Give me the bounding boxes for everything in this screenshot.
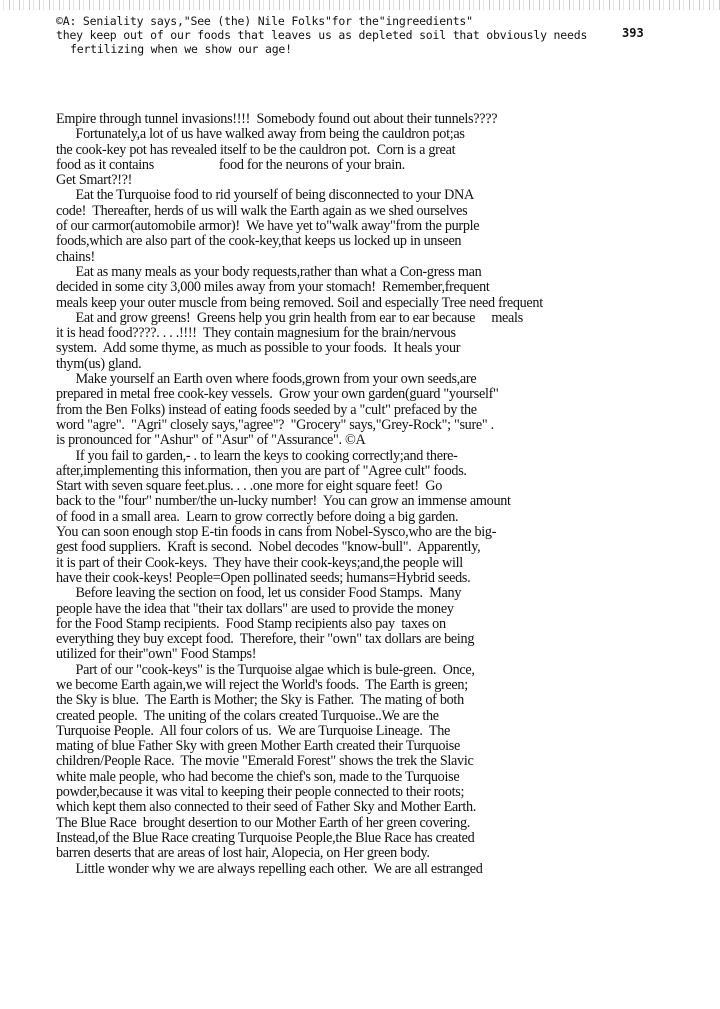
text-line: system. Add some thyme, as much as possi… [56,341,716,356]
text-line: meals keep your outer muscle from being … [56,296,716,311]
text-line: Make yourself an Earth oven where foods,… [56,372,716,387]
text-line: it is part of their Cook-keys. They have… [56,556,716,571]
text-line: it is head food????. . . .!!!! They cont… [56,326,716,341]
header-line: they keep out of our foods that leaves u… [56,28,706,42]
text-line: Start with seven square feet.plus. . . .… [56,479,716,494]
text-line: powder,because it was vital to keeping t… [56,785,716,800]
text-line: is pronounced for "Ashur" of "Asur" of "… [56,433,716,448]
text-line: mating of blue Father Sky with green Mot… [56,739,716,754]
text-line: have their cook-keys! People=Open pollin… [56,571,716,586]
text-line: The Blue Race brought desertion to our M… [56,816,716,831]
scan-noise-strip [0,0,720,10]
text-line: Get Smart?!?! [56,173,716,188]
document-body: Empire through tunnel invasions!!!! Some… [56,112,716,877]
text-line: Part of our "cook-keys" is the Turquoise… [56,663,716,678]
text-line: word "agre". "Agri" closely says,"agree"… [56,418,716,433]
text-line: people have the idea that "their tax dol… [56,602,716,617]
text-line: food as it contains food for the neurons… [56,158,716,173]
text-line: the Sky is blue. The Earth is Mother; th… [56,693,716,708]
text-line: Eat and grow greens! Greens help you gri… [56,311,716,326]
text-line: Turquoise People. All four colors of us.… [56,724,716,739]
text-line: chains! [56,250,716,265]
text-line: we become Earth again,we will reject the… [56,678,716,693]
text-line: white male people, who had become the ch… [56,770,716,785]
text-line: prepared in metal free cook-key vessels.… [56,387,716,402]
text-line: of our carmor(automobile armor)! We have… [56,219,716,234]
text-line: which kept them also connected to their … [56,800,716,815]
text-line: for the Food Stamp recipients. Food Stam… [56,617,716,632]
text-line: Little wonder why we are always repellin… [56,862,716,877]
text-line: Empire through tunnel invasions!!!! Some… [56,112,716,127]
text-line: Eat the Turquoise food to rid yourself o… [56,188,716,203]
header-note: ©A: Seniality says,"See (the) Nile Folks… [56,14,706,56]
text-line: code! Thereafter, herds of us will walk … [56,204,716,219]
text-line: created people. The uniting of the colar… [56,709,716,724]
text-line: decided in some city 3,000 miles away fr… [56,280,716,295]
page-number: 393 [622,26,644,40]
text-line: from the Ben Folks) instead of eating fo… [56,403,716,418]
text-line: children/People Race. The movie "Emerald… [56,754,716,769]
text-line: of food in a small area. Learn to grow c… [56,510,716,525]
text-line: thym(us) gland. [56,357,716,372]
text-line: Instead,of the Blue Race creating Turquo… [56,831,716,846]
header-line: ©A: Seniality says,"See (the) Nile Folks… [56,14,706,28]
text-line: barren deserts that are areas of lost ha… [56,846,716,861]
header-line: fertilizing when we show our age! [56,42,706,56]
text-line: Eat as many meals as your body requests,… [56,265,716,280]
text-line: back to the "four" number/the un-lucky n… [56,494,716,509]
text-line: after,implementing this information, the… [56,464,716,479]
text-line: foods,which are also part of the cook-ke… [56,234,716,249]
text-line: everything they buy except food. Therefo… [56,632,716,647]
text-line: the cook-key pot has revealed itself to … [56,143,716,158]
text-line: utilized for their"own" Food Stamps! [56,647,716,662]
text-line: Fortunately,a lot of us have walked away… [56,127,716,142]
text-line: Before leaving the section on food, let … [56,586,716,601]
text-line: You can soon enough stop E-tin foods in … [56,525,716,540]
text-line: gest food suppliers. Kraft is second. No… [56,540,716,555]
text-line: If you fail to garden,- . to learn the k… [56,449,716,464]
